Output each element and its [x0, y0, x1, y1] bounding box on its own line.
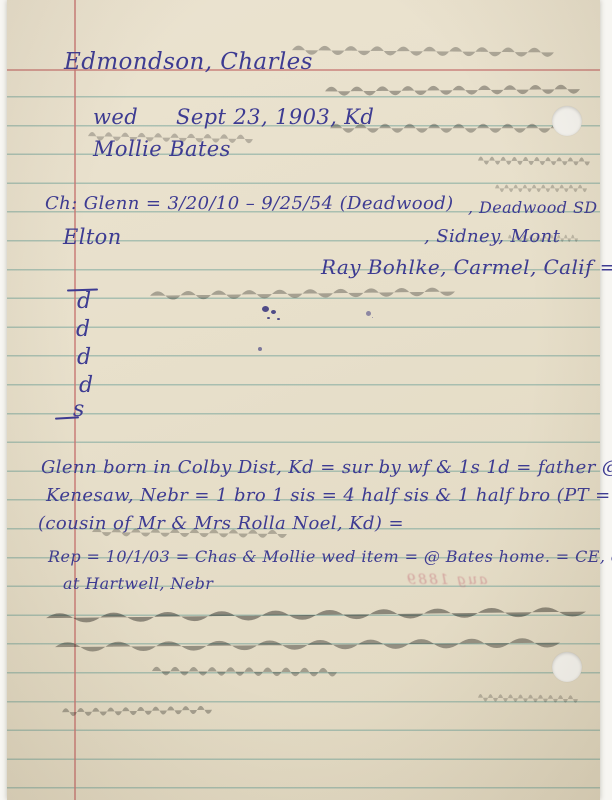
- child-row-glenn: Ch: Glenn = 3/20/10 – 9/25/54 (Deadwood): [45, 194, 454, 214]
- marriage-date: Sept 23, 1903, Kd: [176, 105, 374, 129]
- ink-blot: [262, 306, 269, 312]
- child-row-bohlke: Ray Bohlke, Carmel, Calif =: [321, 256, 612, 278]
- marriage-prefix: wed: [93, 105, 138, 129]
- bleedthrough-writing: [292, 39, 554, 59]
- report-line: Rep = 10/1/03 = Chas & Mollie wed item =…: [48, 548, 612, 566]
- tally-mark: d: [79, 374, 93, 398]
- residence-note-sidney: , Sidney, Mont: [424, 227, 560, 247]
- note-line: (cousin of Mr & Mrs Rolla Noel, Kd) =: [38, 514, 404, 534]
- residence-note-deadwood: , Deadwood SD: [468, 199, 598, 217]
- hole-punch-top: [552, 106, 582, 136]
- tally-mark: d: [77, 290, 91, 314]
- bleedthrough-red-date: aug 1889: [405, 573, 487, 588]
- hole-punch-bottom: [552, 652, 582, 682]
- surname-header: Edmondson, Charles: [64, 50, 313, 75]
- ink-blot: [258, 347, 262, 351]
- tally-mark: d: [77, 346, 91, 370]
- notebook-page: aug 1889 Edmondson, Charles wedSept 23, …: [7, 0, 600, 800]
- spouse-name: Mollie Bates: [93, 138, 231, 161]
- note-line: Glenn born in Colby Dist, Kd = sur by wf…: [41, 458, 612, 478]
- report-line: at Hartwell, Nebr: [63, 575, 213, 593]
- tally-mark: d: [76, 318, 90, 342]
- marriage-line: wedSept 23, 1903, Kd: [93, 106, 374, 129]
- note-line: Kenesaw, Nebr = 1 bro 1 sis = 4 half sis…: [46, 486, 612, 506]
- child-row-elton: Elton: [63, 226, 122, 249]
- ink-blot: [366, 311, 371, 316]
